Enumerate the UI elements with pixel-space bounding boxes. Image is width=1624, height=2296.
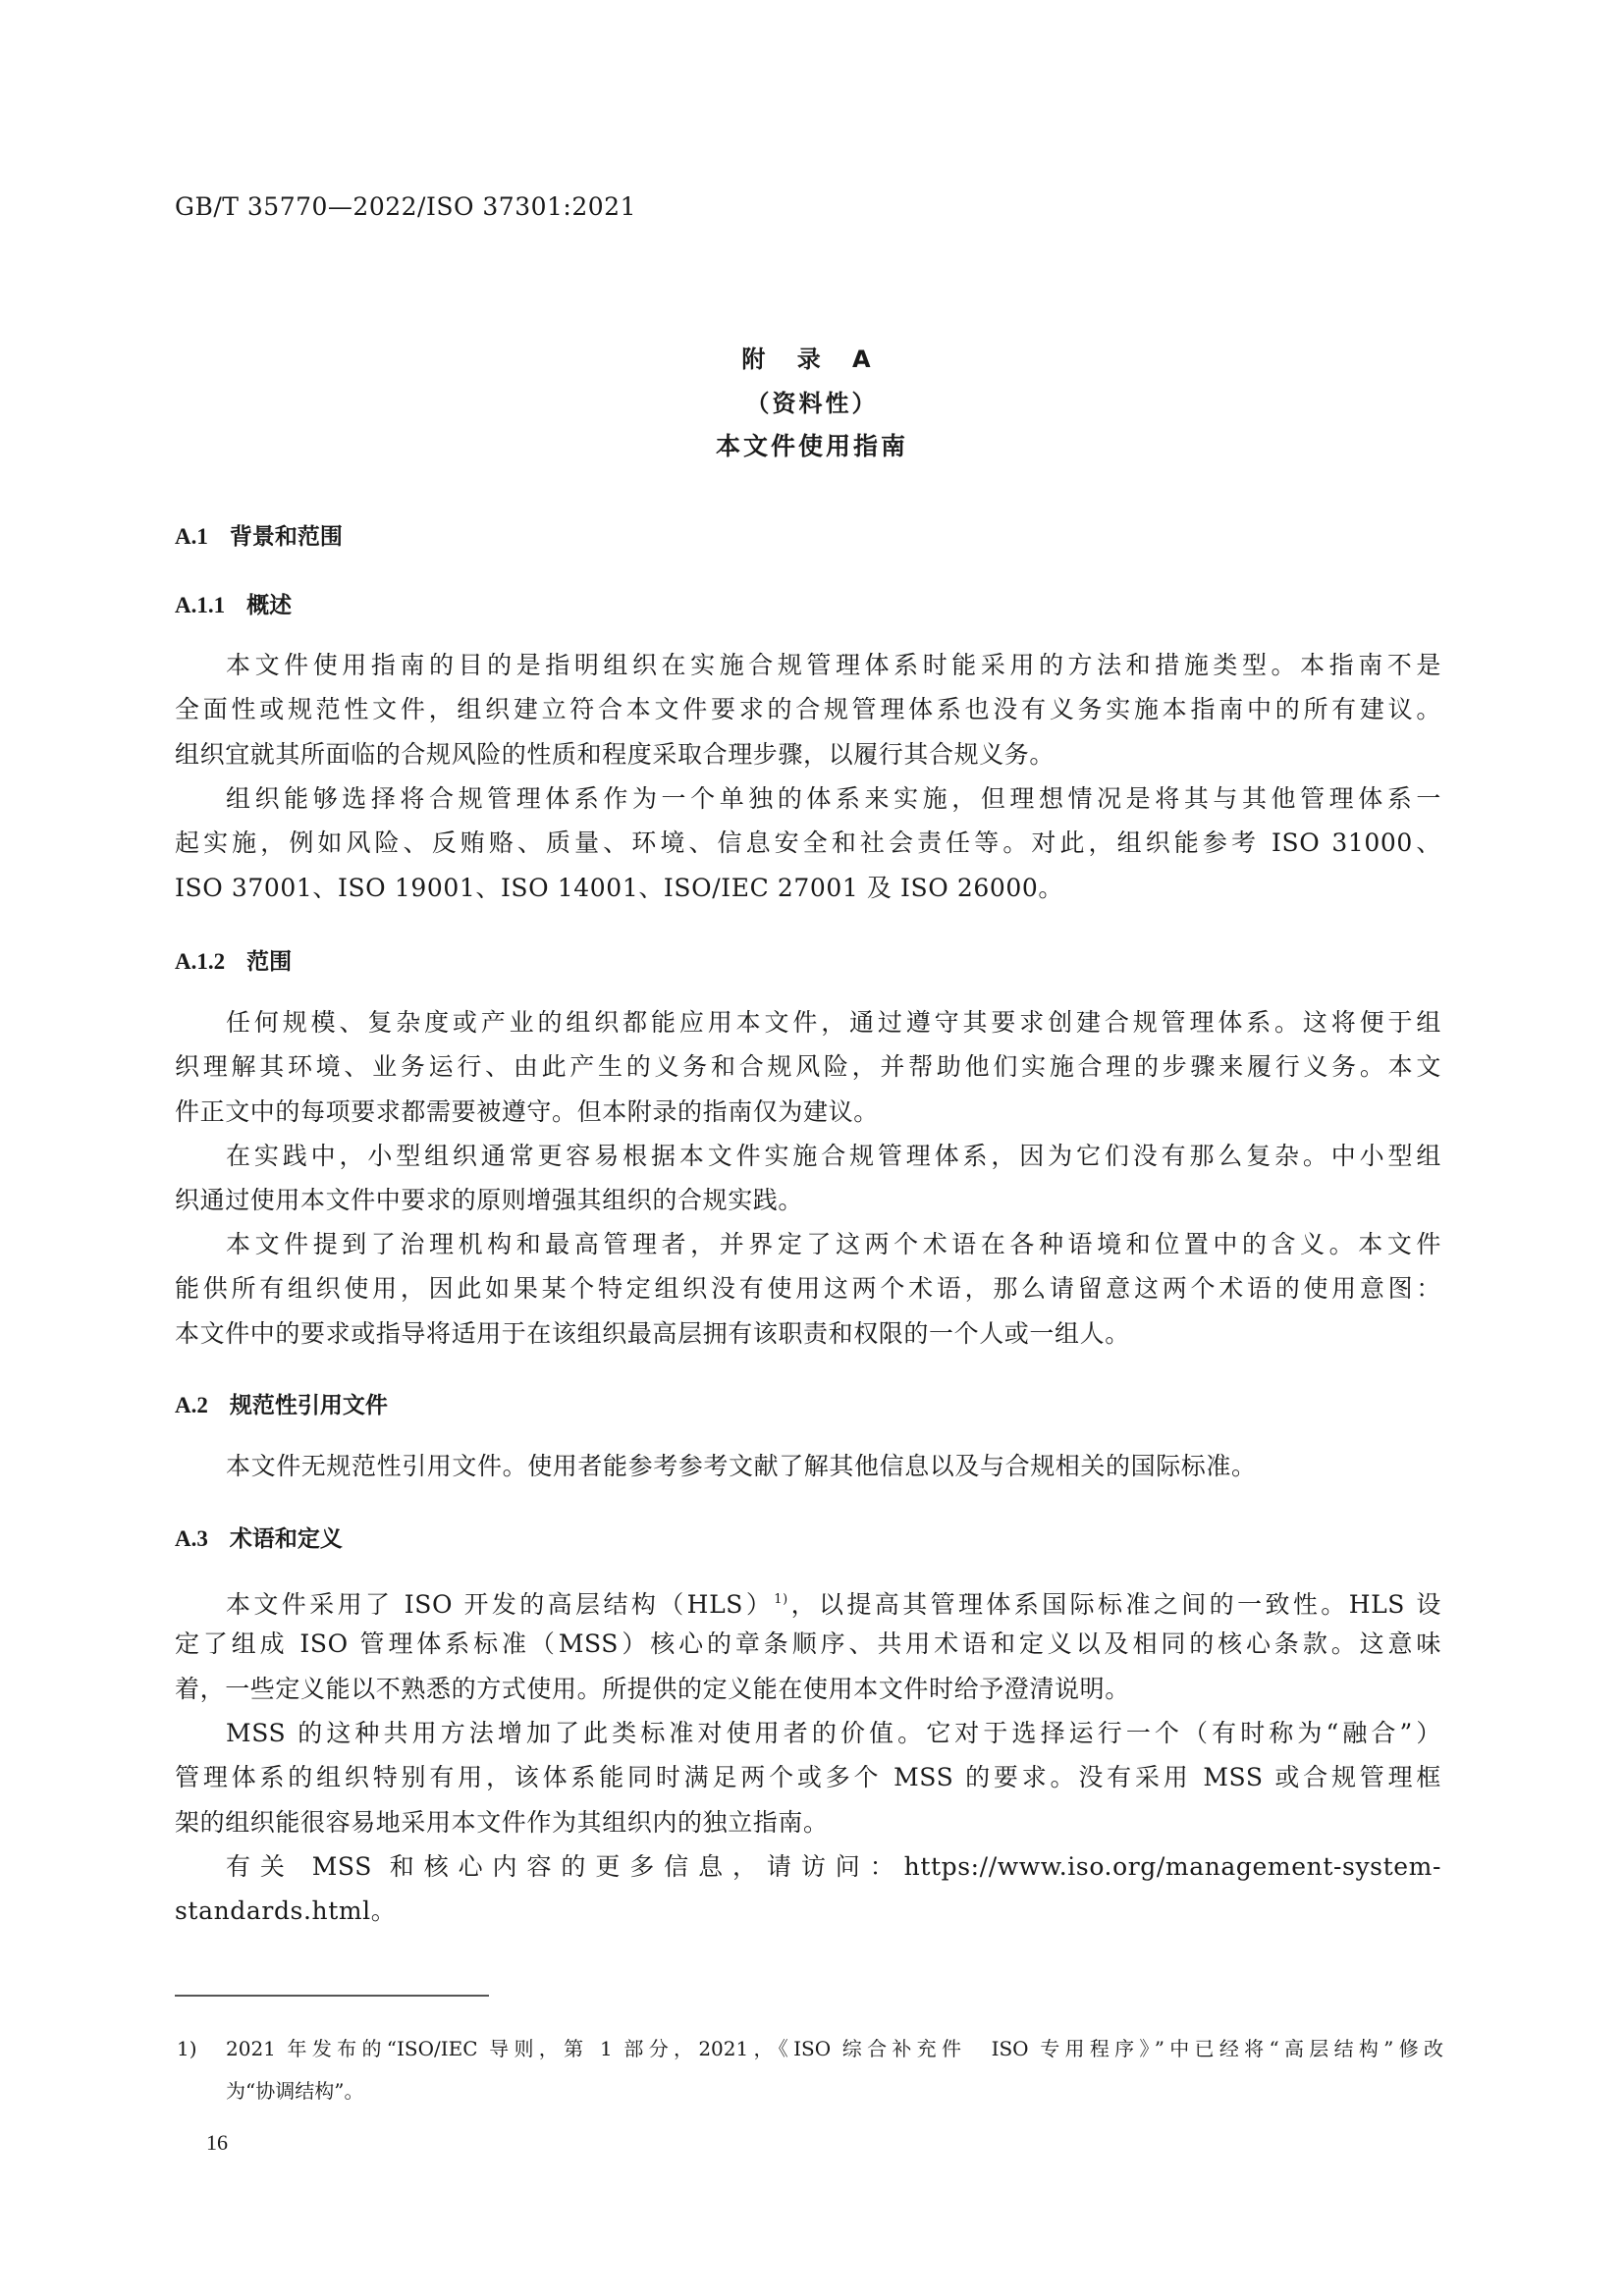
page-number: 16: [206, 2130, 228, 2156]
heading-text: 规范性引用文件: [230, 1393, 388, 1418]
heading-number: A.1.1: [175, 593, 225, 617]
heading-number: A.3: [175, 1526, 208, 1551]
heading-text: 背景和范围: [230, 524, 343, 550]
paragraph-a1-1-1: 本文件使用指南的目的是指明组织在实施合规管理体系时能采用的方法和措施类型。本指南…: [175, 643, 1441, 776]
footnote: 1) 2021 年发布的“ISO/IEC 导则，第 1 部分，2021，《ISO…: [226, 2028, 1443, 2112]
paragraph-a3-3: 有关 MSS 和核心内容的更多信息，请访问：https://www.iso.or…: [175, 1844, 1441, 1934]
paragraph-a3-1: 本文件采用了 ISO 开发的高层结构（HLS）1)，以提高其管理体系国际标准之间…: [175, 1577, 1441, 1711]
paragraph-a3-2: MSS 的这种共用方法增加了此类标准对使用者的价值。它对于选择运行一个（有时称为…: [175, 1711, 1441, 1844]
annex-name: 本文件使用指南: [0, 427, 1624, 462]
heading-number: A.2: [175, 1393, 208, 1417]
paragraph-a1-2-3: 本文件提到了治理机构和最高管理者，并界定了这两个术语在各种语境和位置中的含义。本…: [175, 1222, 1441, 1356]
heading-a3: A.3术语和定义: [175, 1521, 343, 1553]
standard-code-header: GB/T 35770—2022/ISO 37301:2021: [175, 192, 636, 221]
footnote-divider: [175, 1995, 489, 1997]
heading-a1-1: A.1.1概述: [175, 587, 292, 619]
paragraph-a2-1: 本文件无规范性引用文件。使用者能参考参考文献了解其他信息以及与合规相关的国际标准…: [175, 1444, 1441, 1488]
heading-a1-2: A.1.2范围: [175, 943, 292, 976]
paragraph-a1-2-1: 任何规模、复杂度或产业的组织都能应用本文件，通过遵守其要求创建合规管理体系。这将…: [175, 1000, 1441, 1134]
footnote-mark: 1): [177, 2028, 197, 2070]
heading-text: 范围: [246, 949, 292, 975]
paragraph-a1-2-2: 在实践中，小型组织通常更容易根据本文件实施合规管理体系，因为它们没有那么复杂。中…: [175, 1134, 1441, 1223]
heading-number: A.1.2: [175, 949, 225, 974]
heading-text: 术语和定义: [230, 1526, 343, 1552]
heading-a1: A.1背景和范围: [175, 518, 343, 551]
url-line[interactable]: 有关 MSS 和核心内容的更多信息，请访问：https://www.iso.or…: [175, 1844, 1441, 1889]
footnote-ref[interactable]: 1): [774, 1592, 788, 1607]
heading-text: 概述: [246, 593, 292, 618]
heading-a2: A.2规范性引用文件: [175, 1387, 388, 1419]
annex-title: 附 录 A: [0, 340, 1624, 374]
paragraph-a1-1-2: 组织能够选择将合规管理体系作为一个单独的体系来实施，但理想情况是将其与其他管理体…: [175, 776, 1441, 910]
annex-kind: （资料性）: [0, 384, 1624, 418]
heading-number: A.1: [175, 524, 208, 549]
